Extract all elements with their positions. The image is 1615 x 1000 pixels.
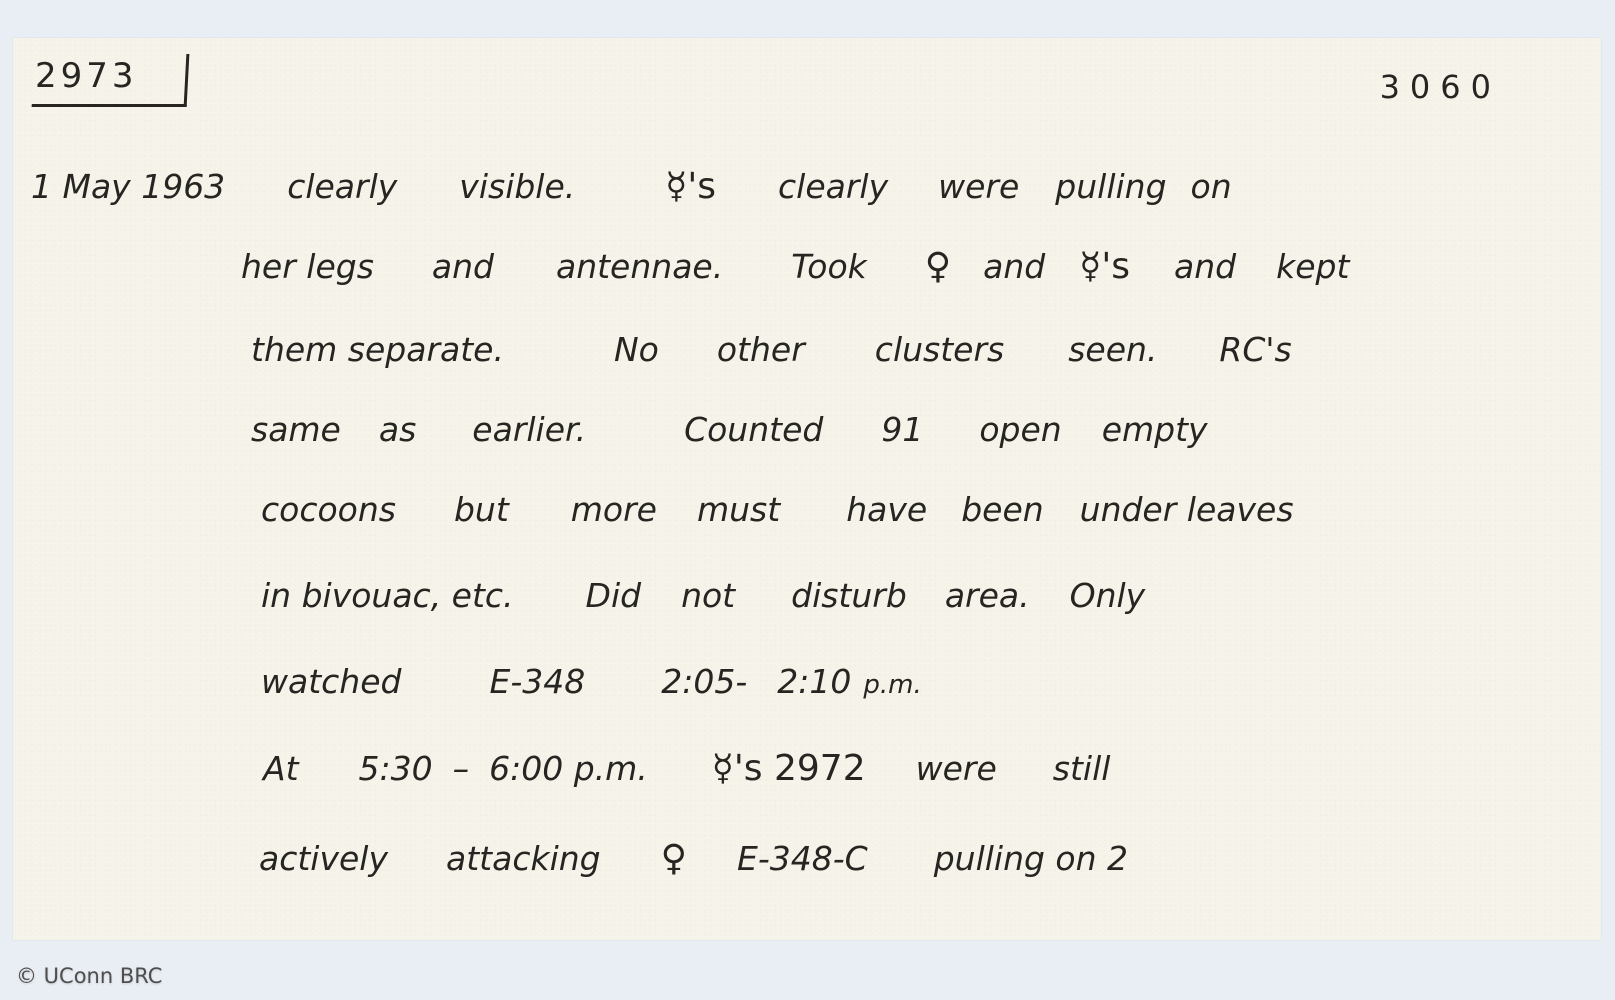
note-word: in bivouac, etc. — [261, 576, 514, 615]
note-word: been — [961, 490, 1043, 529]
note-word: but — [454, 490, 509, 529]
time-suffix: p.m. — [863, 670, 921, 700]
note-word: area. — [945, 576, 1030, 615]
note-line-3: them separate. No other clusters seen. R… — [251, 330, 1354, 369]
note-word: cocoons — [261, 490, 396, 529]
note-word: visible. — [459, 167, 575, 206]
note-word: No — [614, 330, 659, 369]
note-word: more — [571, 490, 657, 529]
time-dash: – — [453, 749, 470, 788]
queen-symbol: ♀ — [925, 246, 951, 287]
note-word: her legs — [241, 247, 374, 286]
queen-symbol: ♀ — [661, 838, 687, 879]
note-line-4: same as earlier. Counted 91 open empty — [251, 410, 1270, 449]
count-value: 91 — [881, 410, 923, 449]
note-word: have — [846, 490, 927, 529]
note-word: watched — [261, 662, 401, 701]
note-word: other — [717, 330, 805, 369]
worker-symbol-word: ☿'s — [665, 166, 716, 207]
note-word: RC's — [1219, 330, 1291, 369]
worker-symbol-colony: ☿'s 2972 — [712, 748, 866, 789]
note-word: same — [251, 410, 341, 449]
note-word: clearly — [778, 167, 888, 206]
note-date: 1 May 1963 — [31, 167, 225, 206]
note-word: on — [1191, 167, 1232, 206]
note-word: clearly — [287, 167, 397, 206]
copyright-notice: © UConn BRC — [16, 964, 162, 988]
worker-symbol-word: ☿'s — [1079, 246, 1130, 287]
note-word: and — [983, 247, 1045, 286]
note-word: them separate. — [251, 330, 504, 369]
note-line-8: At 5:30 – 6:00 p.m. ☿'s 2972 were still — [263, 748, 1172, 789]
time-start: 5:30 — [359, 749, 433, 788]
note-word: not — [681, 576, 735, 615]
time-end: 6:00 p.m. — [489, 749, 648, 788]
index-card: 2973 3060 1 May 1963 clearly visible. ☿'… — [13, 38, 1601, 940]
note-word: Only — [1070, 576, 1146, 615]
note-word: At — [263, 749, 299, 788]
note-word: actively — [259, 839, 388, 878]
note-line-7: watched E-348 2:05- 2:10 p.m. — [261, 662, 984, 701]
card-number-right: 3060 — [1380, 68, 1501, 106]
note-word: seen. — [1068, 330, 1157, 369]
note-word: pulling on 2 — [934, 839, 1128, 878]
note-word: must — [697, 490, 780, 529]
card-number-left: 2973 — [35, 56, 138, 96]
queen-id: E-348-C — [737, 839, 868, 878]
note-word: Took — [791, 247, 867, 286]
note-word: Did — [586, 576, 642, 615]
note-word: pulling — [1055, 167, 1166, 206]
time-start: 2:05- — [661, 662, 747, 701]
note-word: were — [916, 749, 997, 788]
note-word: clusters — [875, 330, 1004, 369]
note-word: antennae. — [556, 247, 723, 286]
time-end: 2:10 — [777, 662, 851, 701]
colony-id: E-348 — [489, 662, 585, 701]
note-line-9: actively attacking ♀ E-348-C pulling on … — [259, 838, 1190, 879]
note-word: still — [1053, 749, 1111, 788]
note-word: disturb — [791, 576, 907, 615]
note-word: and — [432, 247, 494, 286]
note-word: kept — [1276, 247, 1349, 286]
note-word: Counted — [684, 410, 823, 449]
note-line-1: 1 May 1963 clearly visible. ☿'s clearly … — [31, 166, 1294, 207]
note-line-5: cocoons but more must have been under le… — [261, 490, 1356, 529]
note-word: open — [979, 410, 1061, 449]
note-word: as — [379, 410, 416, 449]
note-line-6: in bivouac, etc. Did not disturb area. O… — [261, 576, 1207, 615]
note-word: were — [938, 167, 1019, 206]
note-word: attacking — [446, 839, 601, 878]
note-word: empty — [1102, 410, 1208, 449]
note-word: earlier. — [472, 410, 586, 449]
note-line-2: her legs and antennae. Took ♀ and ☿'s an… — [241, 246, 1411, 287]
note-word: and — [1174, 247, 1236, 286]
note-word: under leaves — [1080, 490, 1294, 529]
